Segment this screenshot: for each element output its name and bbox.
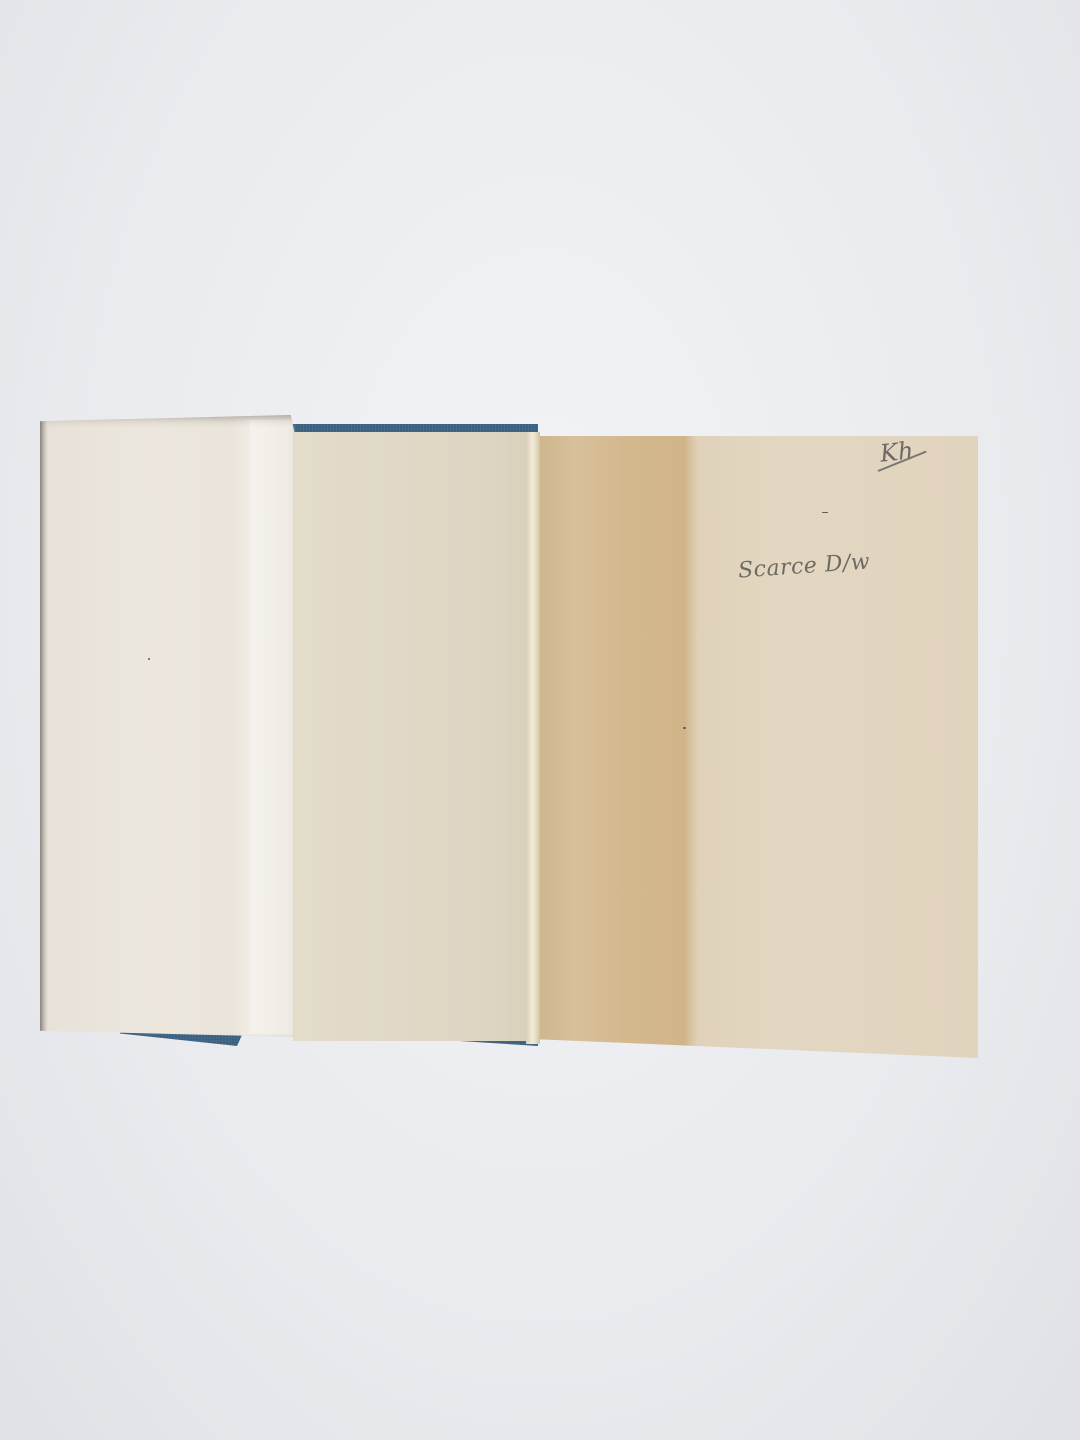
paper-speck: [822, 512, 828, 513]
paper-speck: [148, 658, 150, 660]
front-pastedown: [293, 432, 538, 1041]
paper-speck: [683, 727, 686, 729]
book-photo: Kh Scarce D/w: [0, 0, 1080, 1440]
dust-jacket-fold: [250, 420, 296, 1034]
book-gutter: [526, 432, 540, 1044]
free-endpaper: [540, 436, 978, 1058]
